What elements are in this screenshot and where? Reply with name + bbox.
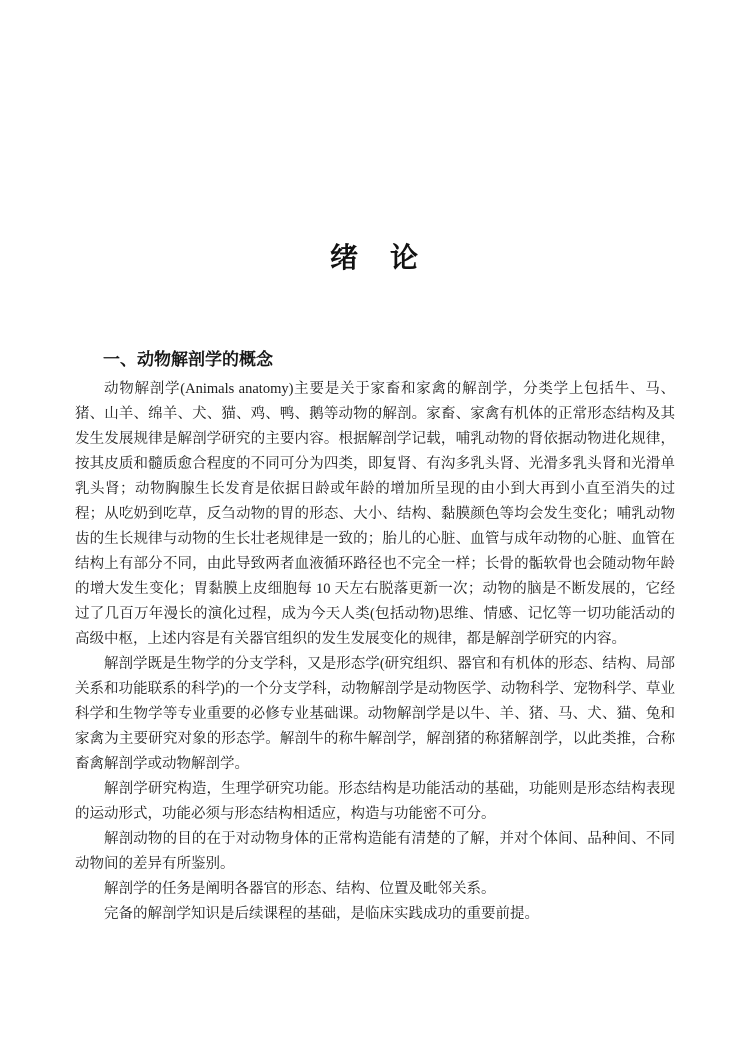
document-page: 绪 论 一、动物解剖学的概念 动物解剖学(Animals anatomy)主要是…: [0, 0, 750, 1045]
body-paragraph: 解剖动物的目的在于对动物身体的正常构造能有清楚的了解，并对个体间、品种间、不同动…: [75, 827, 675, 877]
chapter-title: 绪 论: [0, 242, 750, 274]
page-content: 一、动物解剖学的概念 动物解剖学(Animals anatomy)主要是关于家畜…: [75, 348, 675, 927]
body-paragraph: 解剖学既是生物学的分支学科，又是形态学(研究组织、器官和有机体的形态、结构、局部…: [75, 652, 675, 777]
body-paragraph: 动物解剖学(Animals anatomy)主要是关于家畜和家禽的解剖学，分类学…: [75, 377, 675, 652]
body-text: 动物解剖学(Animals anatomy)主要是关于家畜和家禽的解剖学，分类学…: [75, 377, 675, 927]
body-paragraph: 解剖学研究构造，生理学研究功能。形态结构是功能活动的基础，功能则是形态结构表现的…: [75, 777, 675, 827]
body-paragraph: 完备的解剖学知识是后续课程的基础，是临床实践成功的重要前提。: [75, 902, 675, 927]
section-heading: 一、动物解剖学的概念: [75, 348, 675, 372]
body-paragraph: 解剖学的任务是阐明各器官的形态、结构、位置及毗邻关系。: [75, 877, 675, 902]
